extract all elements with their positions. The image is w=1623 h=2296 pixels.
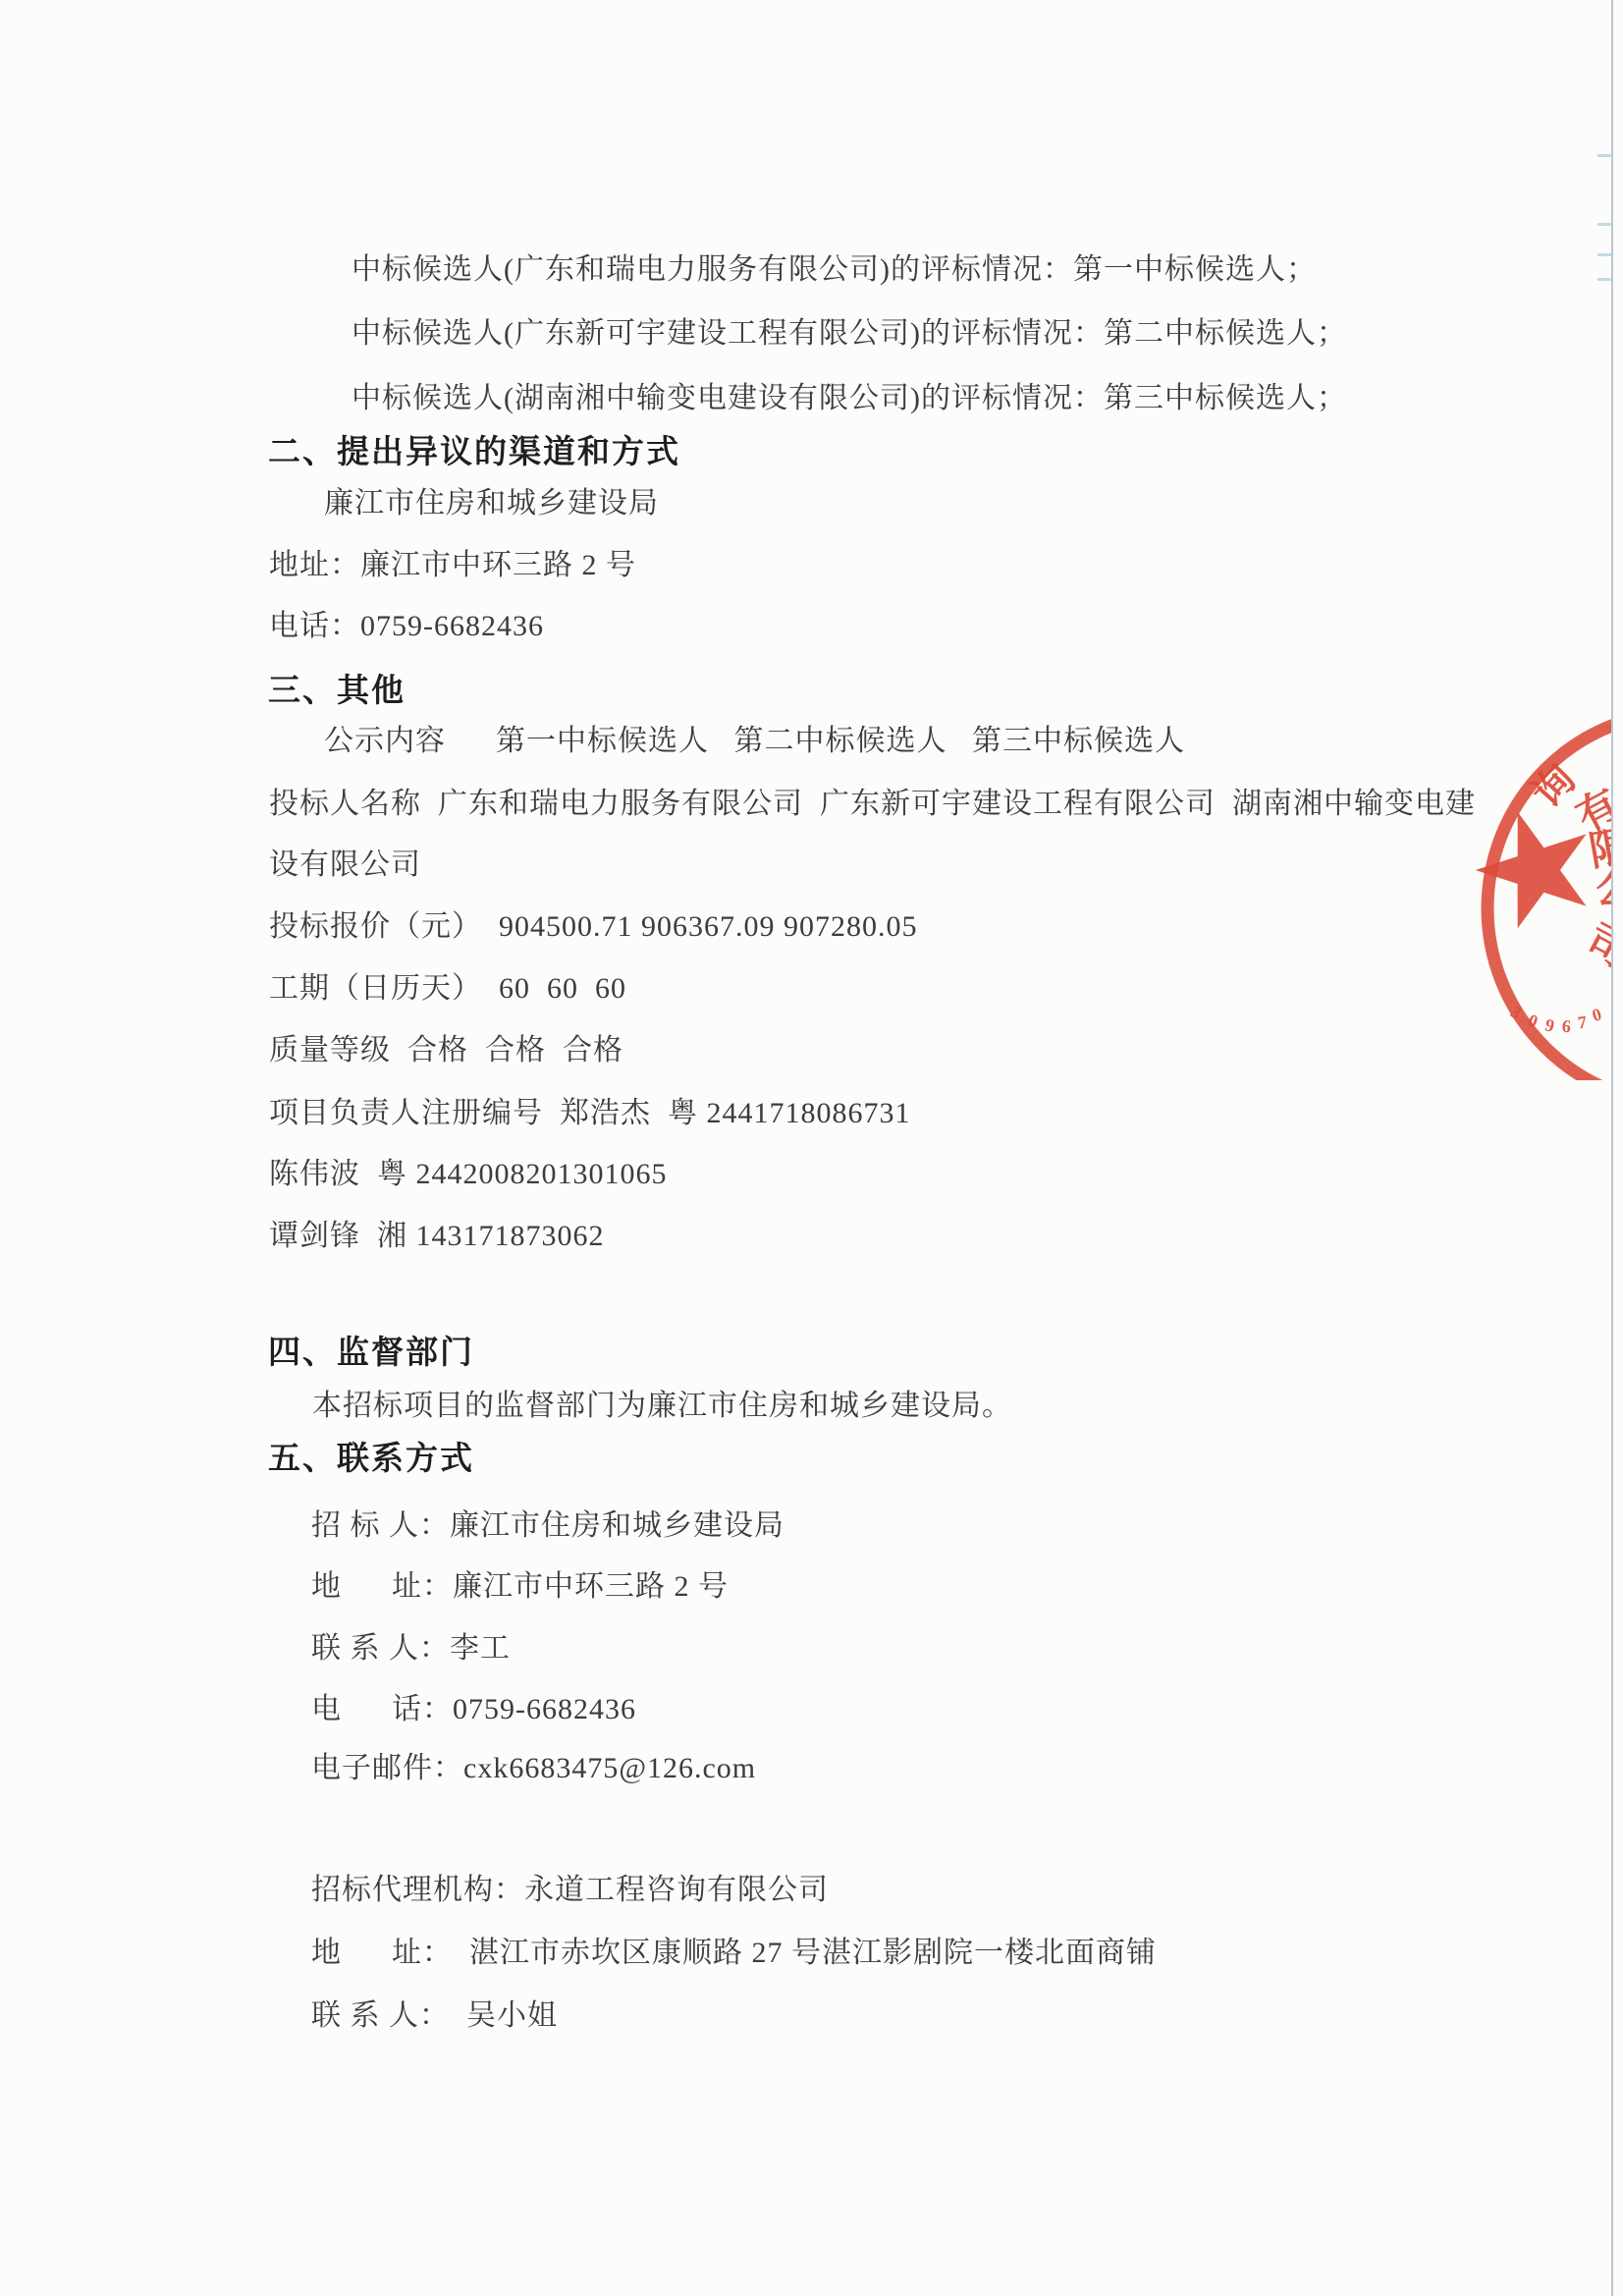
scan-edge-tick [1597, 278, 1611, 281]
seal-char: 司 [1579, 917, 1611, 976]
text-line: 联 系 人： 吴小姐 [311, 1997, 558, 2035]
text-line: 招标代理机构：永道工程咨询有限公司 [311, 1872, 829, 1909]
text-line: 工期（日历天） 60 60 60 [269, 970, 626, 1008]
section-heading: 二、提出异议的渠道和方式 [268, 433, 680, 473]
scan-edge-tick [1597, 223, 1611, 226]
scan-edge-tick [1597, 154, 1611, 157]
text-line: 投标人名称 广东和瑞电力服务有限公司 广东新可宇建设工程有限公司 湖南湘中输变电… [269, 786, 1476, 823]
text-line: 中标候选人(湖南湘中输变电建设有限公司)的评标情况：第三中标候选人； [352, 380, 1347, 417]
seal-digit: 0 [1525, 1010, 1541, 1031]
text-line: 公示内容 第一中标候选人 第二中标候选人 第三中标候选人 [324, 723, 1185, 760]
scan-edge-tick [1597, 253, 1611, 256]
text-line: 质量等级 合格 合格 合格 [269, 1032, 623, 1069]
text-line: 电话：0759-6682436 [269, 608, 544, 645]
seal-digit: 7 [1577, 1012, 1588, 1033]
section-heading: 四、监督部门 [268, 1334, 474, 1374]
document-page: 中标候选人(广东和瑞电力服务有限公司)的评标情况：第一中标候选人；中标候选人(广… [0, 0, 1623, 2296]
section-heading: 五、联系方式 [268, 1440, 474, 1480]
text-line: 廉江市住房和城乡建设局 [324, 485, 659, 522]
text-line: 中标候选人(广东新可宇建设工程有限公司)的评标情况：第二中标候选人； [352, 315, 1347, 353]
scan-edge-line [1611, 0, 1613, 2296]
text-line: 地址：廉江市中环三路 2 号 [269, 547, 636, 584]
text-line: 电子邮件：cxk6683475@126.com [311, 1750, 756, 1787]
section-heading: 三、其他 [268, 672, 406, 712]
text-line: 项目负责人注册编号 郑浩杰 粤 2441718086731 [269, 1095, 911, 1132]
seal-digit: 6 [1561, 1016, 1571, 1037]
text-line: 地 址： 湛江市赤坎区康顺路 27 号湛江影剧院一楼北面商铺 [311, 1935, 1157, 1972]
text-line: 招 标 人：廉江市住房和城乡建设局 [311, 1507, 784, 1545]
text-line: 本招标项目的监督部门为廉江市住房和城乡建设局。 [312, 1388, 1012, 1425]
company-seal-graphic: 询 有 限 公 司 3 0 9 6 7 0 [1427, 678, 1611, 1080]
text-line: 地 址：廉江市中环三路 2 号 [311, 1568, 729, 1606]
company-seal: 询 有 限 公 司 3 0 9 6 7 0 [1427, 678, 1611, 1080]
text-line: 联 系 人：李工 [311, 1630, 511, 1667]
text-line: 电 话：0759-6682436 [311, 1691, 636, 1728]
text-line: 投标报价（元） 904500.71 906367.09 907280.05 [269, 908, 918, 946]
text-line: 谭剑锋 湘 143171873062 [269, 1218, 605, 1255]
text-line: 中标候选人(广东和瑞电力服务有限公司)的评标情况：第一中标候选人； [352, 251, 1317, 289]
text-line: 设有限公司 [269, 847, 421, 884]
seal-digit: 0 [1590, 1004, 1603, 1025]
text-line: 陈伟波 粤 2442008201301065 [269, 1156, 668, 1193]
seal-digit: 9 [1543, 1014, 1556, 1036]
